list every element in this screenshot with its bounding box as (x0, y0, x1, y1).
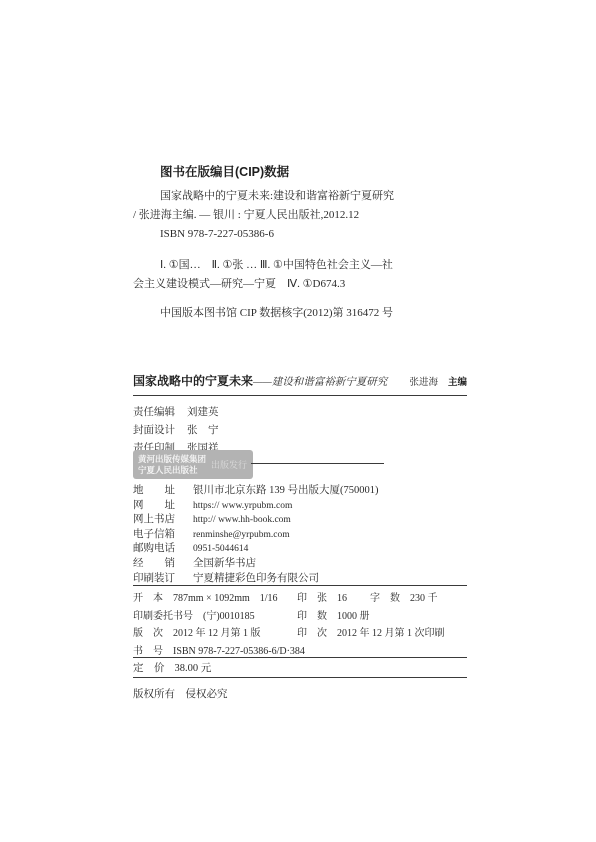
colophon-cell: 印 张16 (297, 590, 347, 608)
colophon-cell: 印 次2012 年 12 月第 1 次印刷 (297, 625, 445, 643)
cip-isbn-line: ISBN 978-7-227-05386-6 (133, 225, 467, 244)
staff-label: 责任编辑 (133, 406, 175, 418)
contact-value: renminshe@yrpubm.com (193, 528, 290, 543)
contact-row-phone: 邮购电话0951-5044614 (133, 541, 467, 556)
spec-label: 印 次 (297, 628, 327, 639)
contact-label: 经 销 (133, 556, 179, 571)
contact-label: 网 址 (133, 498, 179, 513)
spec-label: 印刷委托书号 (133, 611, 193, 622)
spec-label: 开 本 (133, 593, 163, 604)
contact-value: http:// www.hh-book.com (193, 513, 291, 528)
spec-value: 787mm × 1092mm 1/16 (173, 593, 278, 604)
contact-row-website: 网 址https:// www.yrpubm.com (133, 498, 467, 513)
publisher-divider (251, 463, 384, 464)
publisher-badge: 黄河出版传媒集团 宁夏人民出版社 出版发行 (133, 450, 253, 479)
contact-label: 网上书店 (133, 512, 179, 527)
contact-value: 银川市北京东路 139 号出版大厦(750001) (193, 484, 379, 499)
price-row: 定 价38.00 元 (133, 662, 467, 675)
copyright-notice: 版权所有 侵权必究 (133, 686, 467, 701)
staff-credits: 责任编辑刘建英 封面设计张 宁 责任印制张国祥 (133, 403, 467, 457)
cip-author-line: / 张进海主编. — 银川 : 宁夏人民出版社,2012.12 (133, 206, 467, 225)
contact-row-distribution: 经 销全国新华书店 (133, 556, 467, 571)
cip-class-line-2: 会主义建设模式—研究—宁夏 Ⅳ. ①D674.3 (133, 275, 467, 294)
colophon-block: 开 本787mm × 1092mm 1/16 印 张16 字 数230 千 印刷… (133, 590, 467, 660)
book-subtitle: ——建设和谐富裕新宁夏研究 (253, 374, 387, 389)
spec-label: 字 数 (370, 593, 400, 604)
colophon-row-permit: 印刷委托书号(宁)0010185 印 数1000 册 (133, 608, 467, 626)
contact-label: 地 址 (133, 483, 179, 498)
publisher-group-name: 黄河出版传媒集团 (138, 454, 211, 465)
price-divider-top (133, 657, 467, 658)
spec-label: 印 数 (297, 611, 327, 622)
contact-value: 0951-5044614 (193, 542, 248, 557)
spec-value: 2012 年 12 月第 1 版 (173, 628, 261, 639)
spec-value: ISBN 978-7-227-05386-6/D·384 (173, 646, 305, 657)
spec-value: 2012 年 12 月第 1 次印刷 (337, 628, 445, 639)
staff-value: 刘建英 (187, 406, 219, 418)
cip-class-line-1: Ⅰ. ①国… Ⅱ. ①张 … Ⅲ. ①中国特色社会主义—社 (133, 256, 467, 275)
contact-value: 全国新华书店 (193, 557, 256, 572)
publisher-press-name: 宁夏人民出版社 (138, 465, 211, 476)
staff-row-editor: 责任编辑刘建英 (133, 403, 467, 421)
price-value: 38.00 元 (175, 663, 212, 674)
contact-row-email: 电子信箱renminshe@yrpubm.com (133, 527, 467, 542)
cip-title-line: 国家战略中的宁夏未来:建设和谐富裕新宁夏研究 (133, 187, 467, 206)
contact-row-bookstore: 网上书店http:// www.hh-book.com (133, 512, 467, 527)
cip-heading: 图书在版编目(CIP)数据 (133, 163, 467, 182)
spec-label: 印 张 (297, 593, 327, 604)
book-title: 国家战略中的宁夏未来 (133, 372, 253, 389)
publisher-role: 出版发行 (211, 458, 247, 471)
contact-value: https:// www.yrpubm.com (193, 499, 292, 514)
spec-value: (宁)0010185 (203, 611, 255, 622)
spec-value: 230 千 (410, 593, 438, 604)
contact-value: 宁夏精捷彩色印务有限公司 (193, 572, 319, 587)
spec-label: 书 号 (133, 646, 163, 657)
colophon-row-edition: 版 次2012 年 12 月第 1 版 印 次2012 年 12 月第 1 次印… (133, 625, 467, 643)
title-divider (133, 395, 467, 396)
contact-label: 印刷装订 (133, 571, 179, 586)
contact-label: 邮购电话 (133, 541, 179, 556)
contact-row-printer: 印刷装订宁夏精捷彩色印务有限公司 (133, 571, 467, 586)
price-label: 定 价 (133, 662, 165, 674)
staff-row-cover: 封面设计张 宁 (133, 421, 467, 439)
cip-registry-line: 中国版本图书馆 CIP 数据核字(2012)第 316472 号 (133, 304, 467, 323)
colophon-cell: 字 数230 千 (370, 590, 438, 608)
spec-label: 版 次 (133, 628, 163, 639)
staff-label: 封面设计 (133, 424, 175, 436)
contact-row-address: 地 址银川市北京东路 139 号出版大厦(750001) (133, 483, 467, 498)
editor-name: 张进海 (409, 374, 438, 388)
colophon-divider-top (133, 585, 467, 586)
editor-role: 主编 (448, 374, 467, 388)
cip-block: 图书在版编目(CIP)数据 国家战略中的宁夏未来:建设和谐富裕新宁夏研究 / 张… (133, 163, 467, 323)
title-bar: 国家战略中的宁夏未来——建设和谐富裕新宁夏研究 张进海 主编 (133, 372, 467, 389)
staff-value: 张 宁 (187, 424, 219, 436)
contact-block: 地 址银川市北京东路 139 号出版大厦(750001) 网 址https://… (133, 483, 467, 585)
publisher-names: 黄河出版传媒集团 宁夏人民出版社 (133, 454, 211, 476)
copyright-page: 图书在版编目(CIP)数据 国家战略中的宁夏未来:建设和谐富裕新宁夏研究 / 张… (0, 0, 596, 842)
colophon-cell: 印 数1000 册 (297, 608, 370, 626)
spec-value: 16 (337, 593, 347, 604)
colophon-row-format: 开 本787mm × 1092mm 1/16 印 张16 字 数230 千 (133, 590, 467, 608)
price-divider-bottom (133, 677, 467, 678)
contact-label: 电子信箱 (133, 527, 179, 542)
spec-value: 1000 册 (337, 611, 370, 622)
page-content: 图书在版编目(CIP)数据 国家战略中的宁夏未来:建设和谐富裕新宁夏研究 / 张… (133, 0, 467, 842)
